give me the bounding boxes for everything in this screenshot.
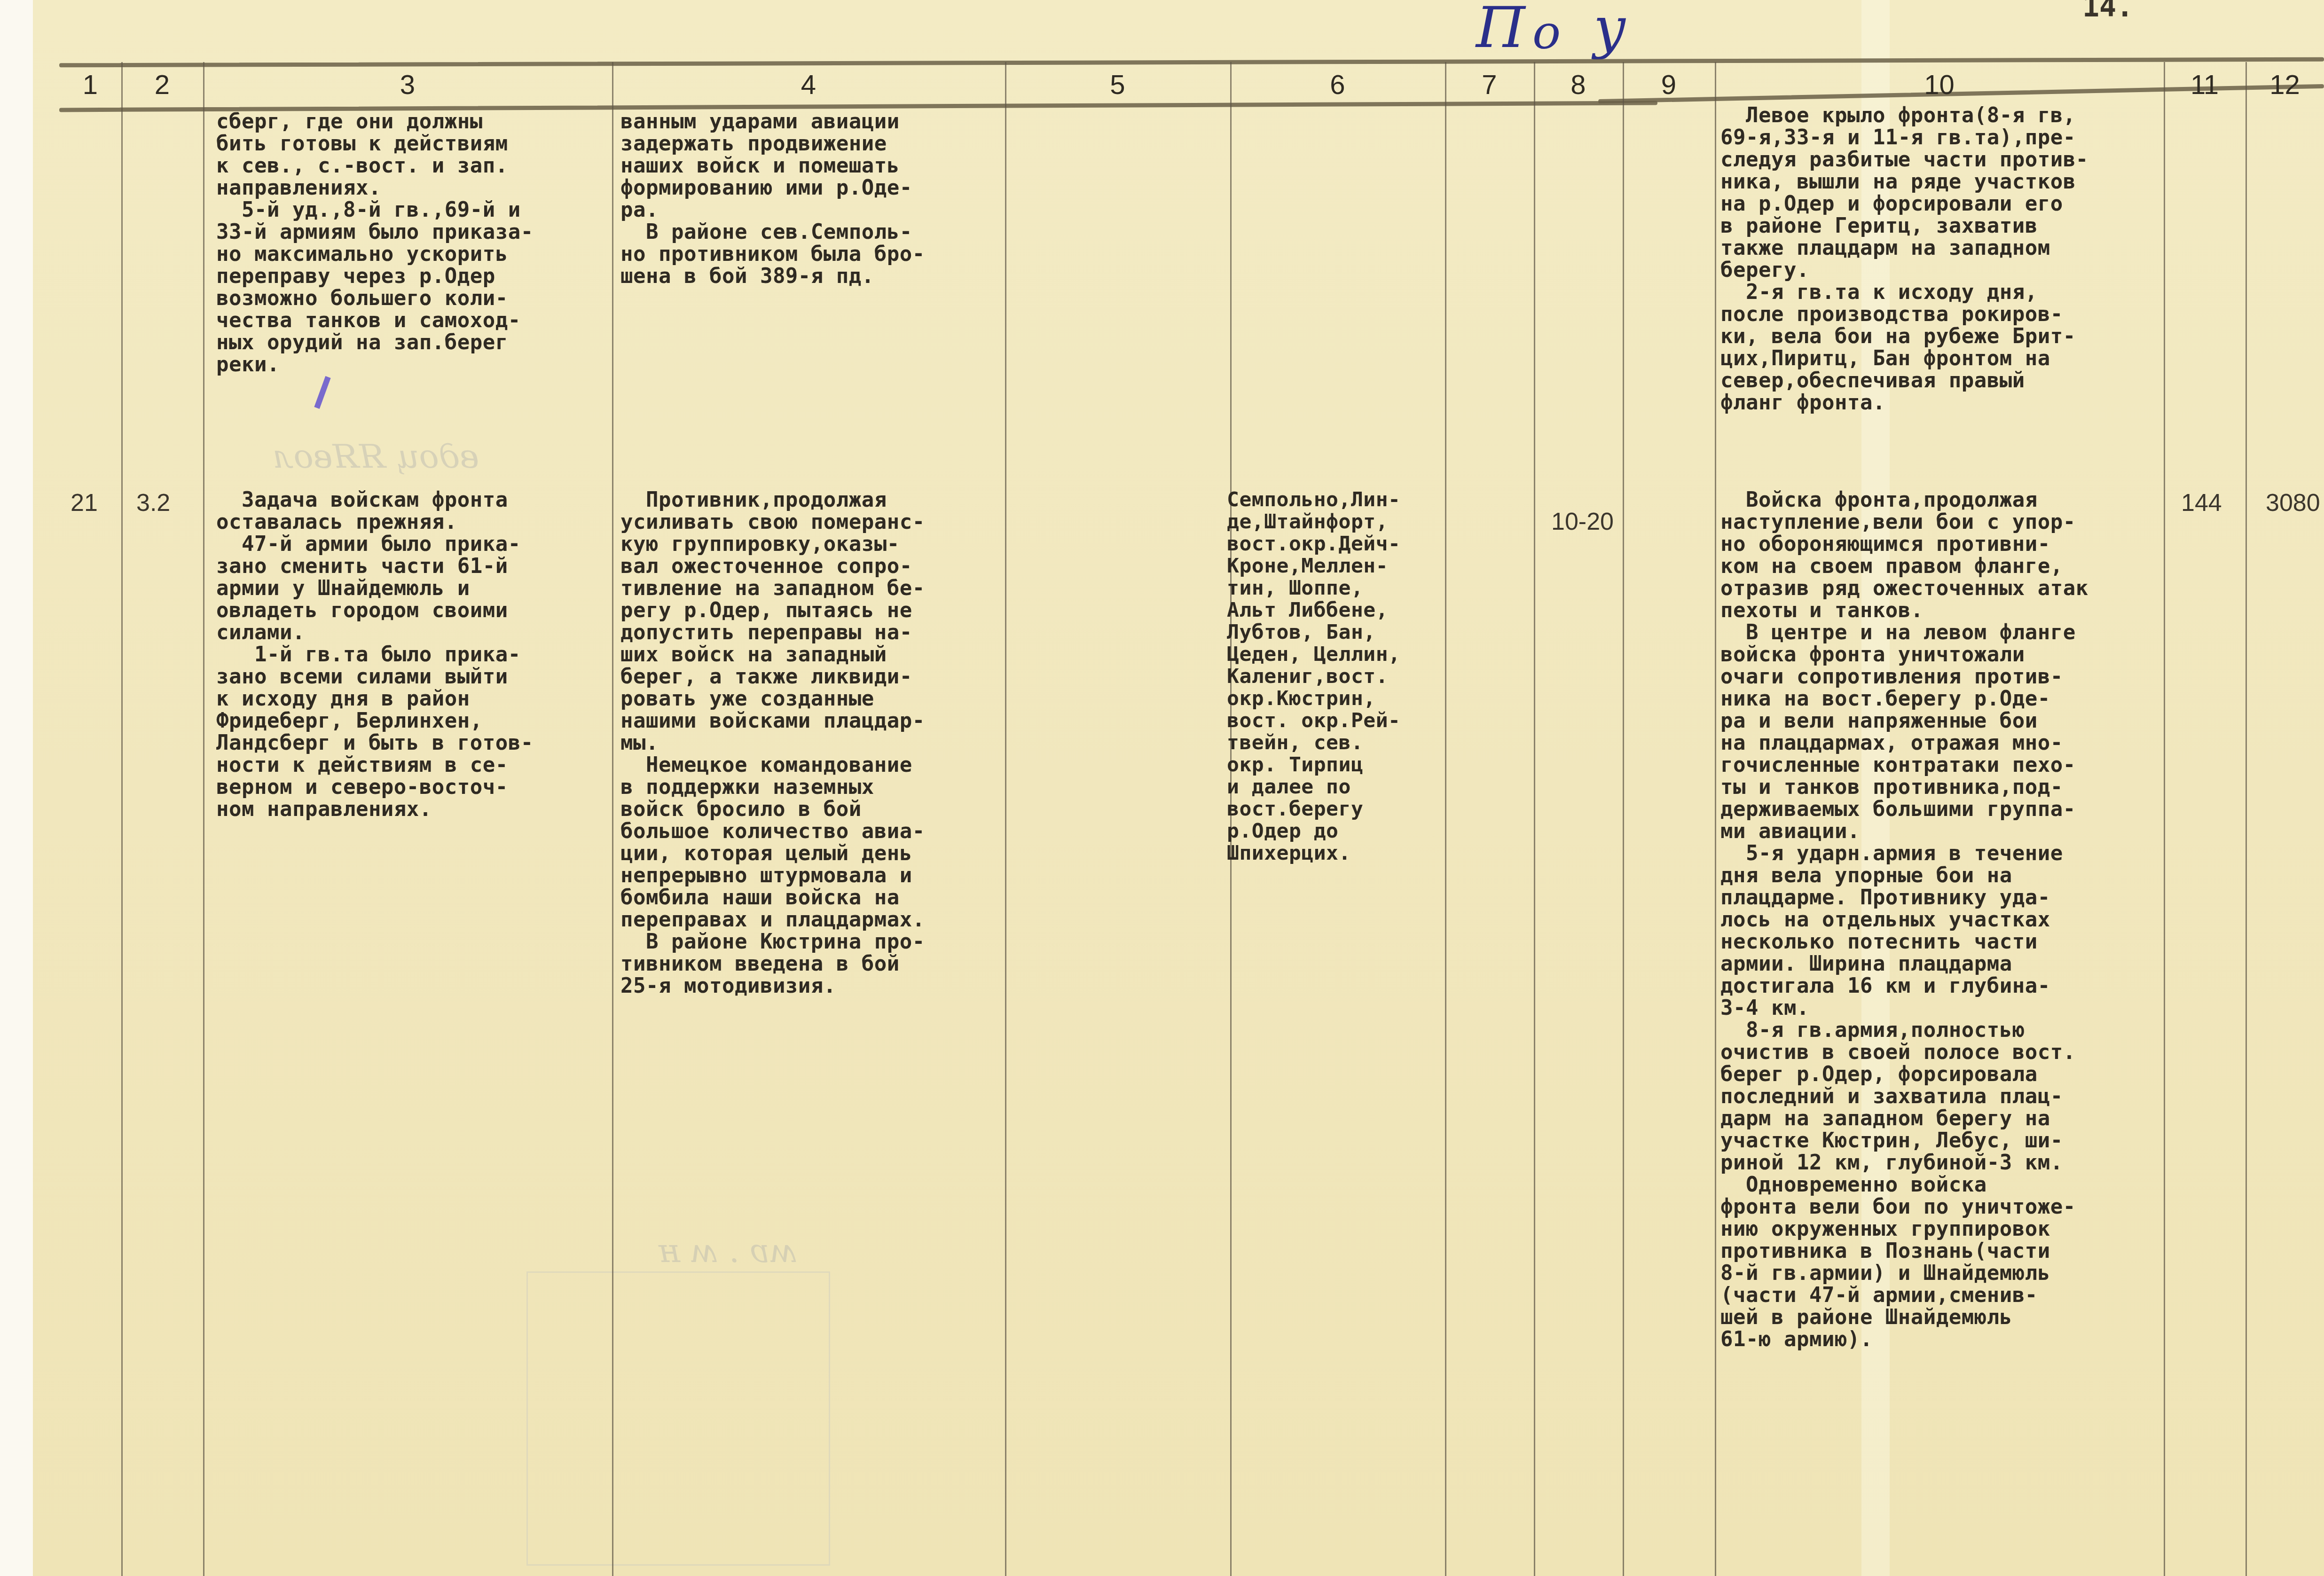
- row-number: 21: [71, 489, 98, 517]
- row-continued-col10-results: Левое крыло фронта(8-я гв, 69-я,33-я и 1…: [1720, 104, 2088, 414]
- column-header-10: 10: [1715, 66, 2164, 103]
- row-col3-orders: Задача войскам фронта оставалась прежняя…: [216, 489, 534, 820]
- row-col4-enemy: Противник,продолжая усиливать свою помер…: [620, 489, 925, 997]
- row-continued-col3-orders: сберг, где они должны бить готовы к дейс…: [216, 110, 534, 376]
- row-col10-results: Войска фронта,продолжая наступление,вели…: [1720, 489, 2088, 1350]
- column-header-8: 8: [1534, 66, 1623, 103]
- bleed-through-text: вдоц ЯЯвол: [273, 437, 479, 476]
- paper-edge: [0, 0, 33, 1576]
- col-divider: [1623, 62, 1624, 1576]
- row-col12-value: 3080: [2266, 489, 2320, 517]
- column-header-6: 6: [1230, 66, 1445, 103]
- col-divider: [1005, 62, 1006, 1576]
- col-divider: [1534, 62, 1535, 1576]
- column-header-12: 12: [2245, 66, 2324, 103]
- col-divider: [612, 62, 613, 1576]
- col-divider: [203, 62, 204, 1576]
- col-divider: [2164, 62, 2165, 1576]
- col-divider: [1715, 62, 1716, 1576]
- column-header-11: 11: [2164, 66, 2245, 103]
- column-header-2: 2: [121, 66, 203, 103]
- pencil-mark: [314, 376, 330, 409]
- handwritten-letter-1: П: [1476, 0, 1525, 61]
- col-divider: [2245, 62, 2247, 1576]
- col-divider: [121, 62, 123, 1576]
- row-date: 3.2: [136, 489, 170, 517]
- handwritten-letter-2: о: [1532, 5, 1561, 60]
- handwritten-letter-3: у: [1594, 0, 1626, 61]
- row-col11-value: 144: [2181, 489, 2222, 517]
- bleed-through-text: ʍɐ . ʍ ʜ: [658, 1231, 798, 1270]
- bleed-through-stamp: [526, 1271, 830, 1566]
- column-header-3: 3: [203, 66, 612, 103]
- column-header-7: 7: [1445, 66, 1534, 103]
- column-header-9: 9: [1623, 66, 1715, 103]
- row-col8-range: 10-20: [1551, 508, 1614, 536]
- col-divider: [1445, 62, 1446, 1576]
- row-col6-front-line: Семпольно,Лин- де,Штайнфорт, вост.окр.Де…: [1227, 489, 1400, 864]
- column-header-5: 5: [1005, 66, 1230, 103]
- column-header-4: 4: [612, 66, 1005, 103]
- row-continued-col4-enemy: ванным ударами авиации задержать продвиж…: [620, 110, 925, 287]
- page-number: 14.: [2082, 0, 2133, 24]
- column-header-1: 1: [59, 66, 121, 103]
